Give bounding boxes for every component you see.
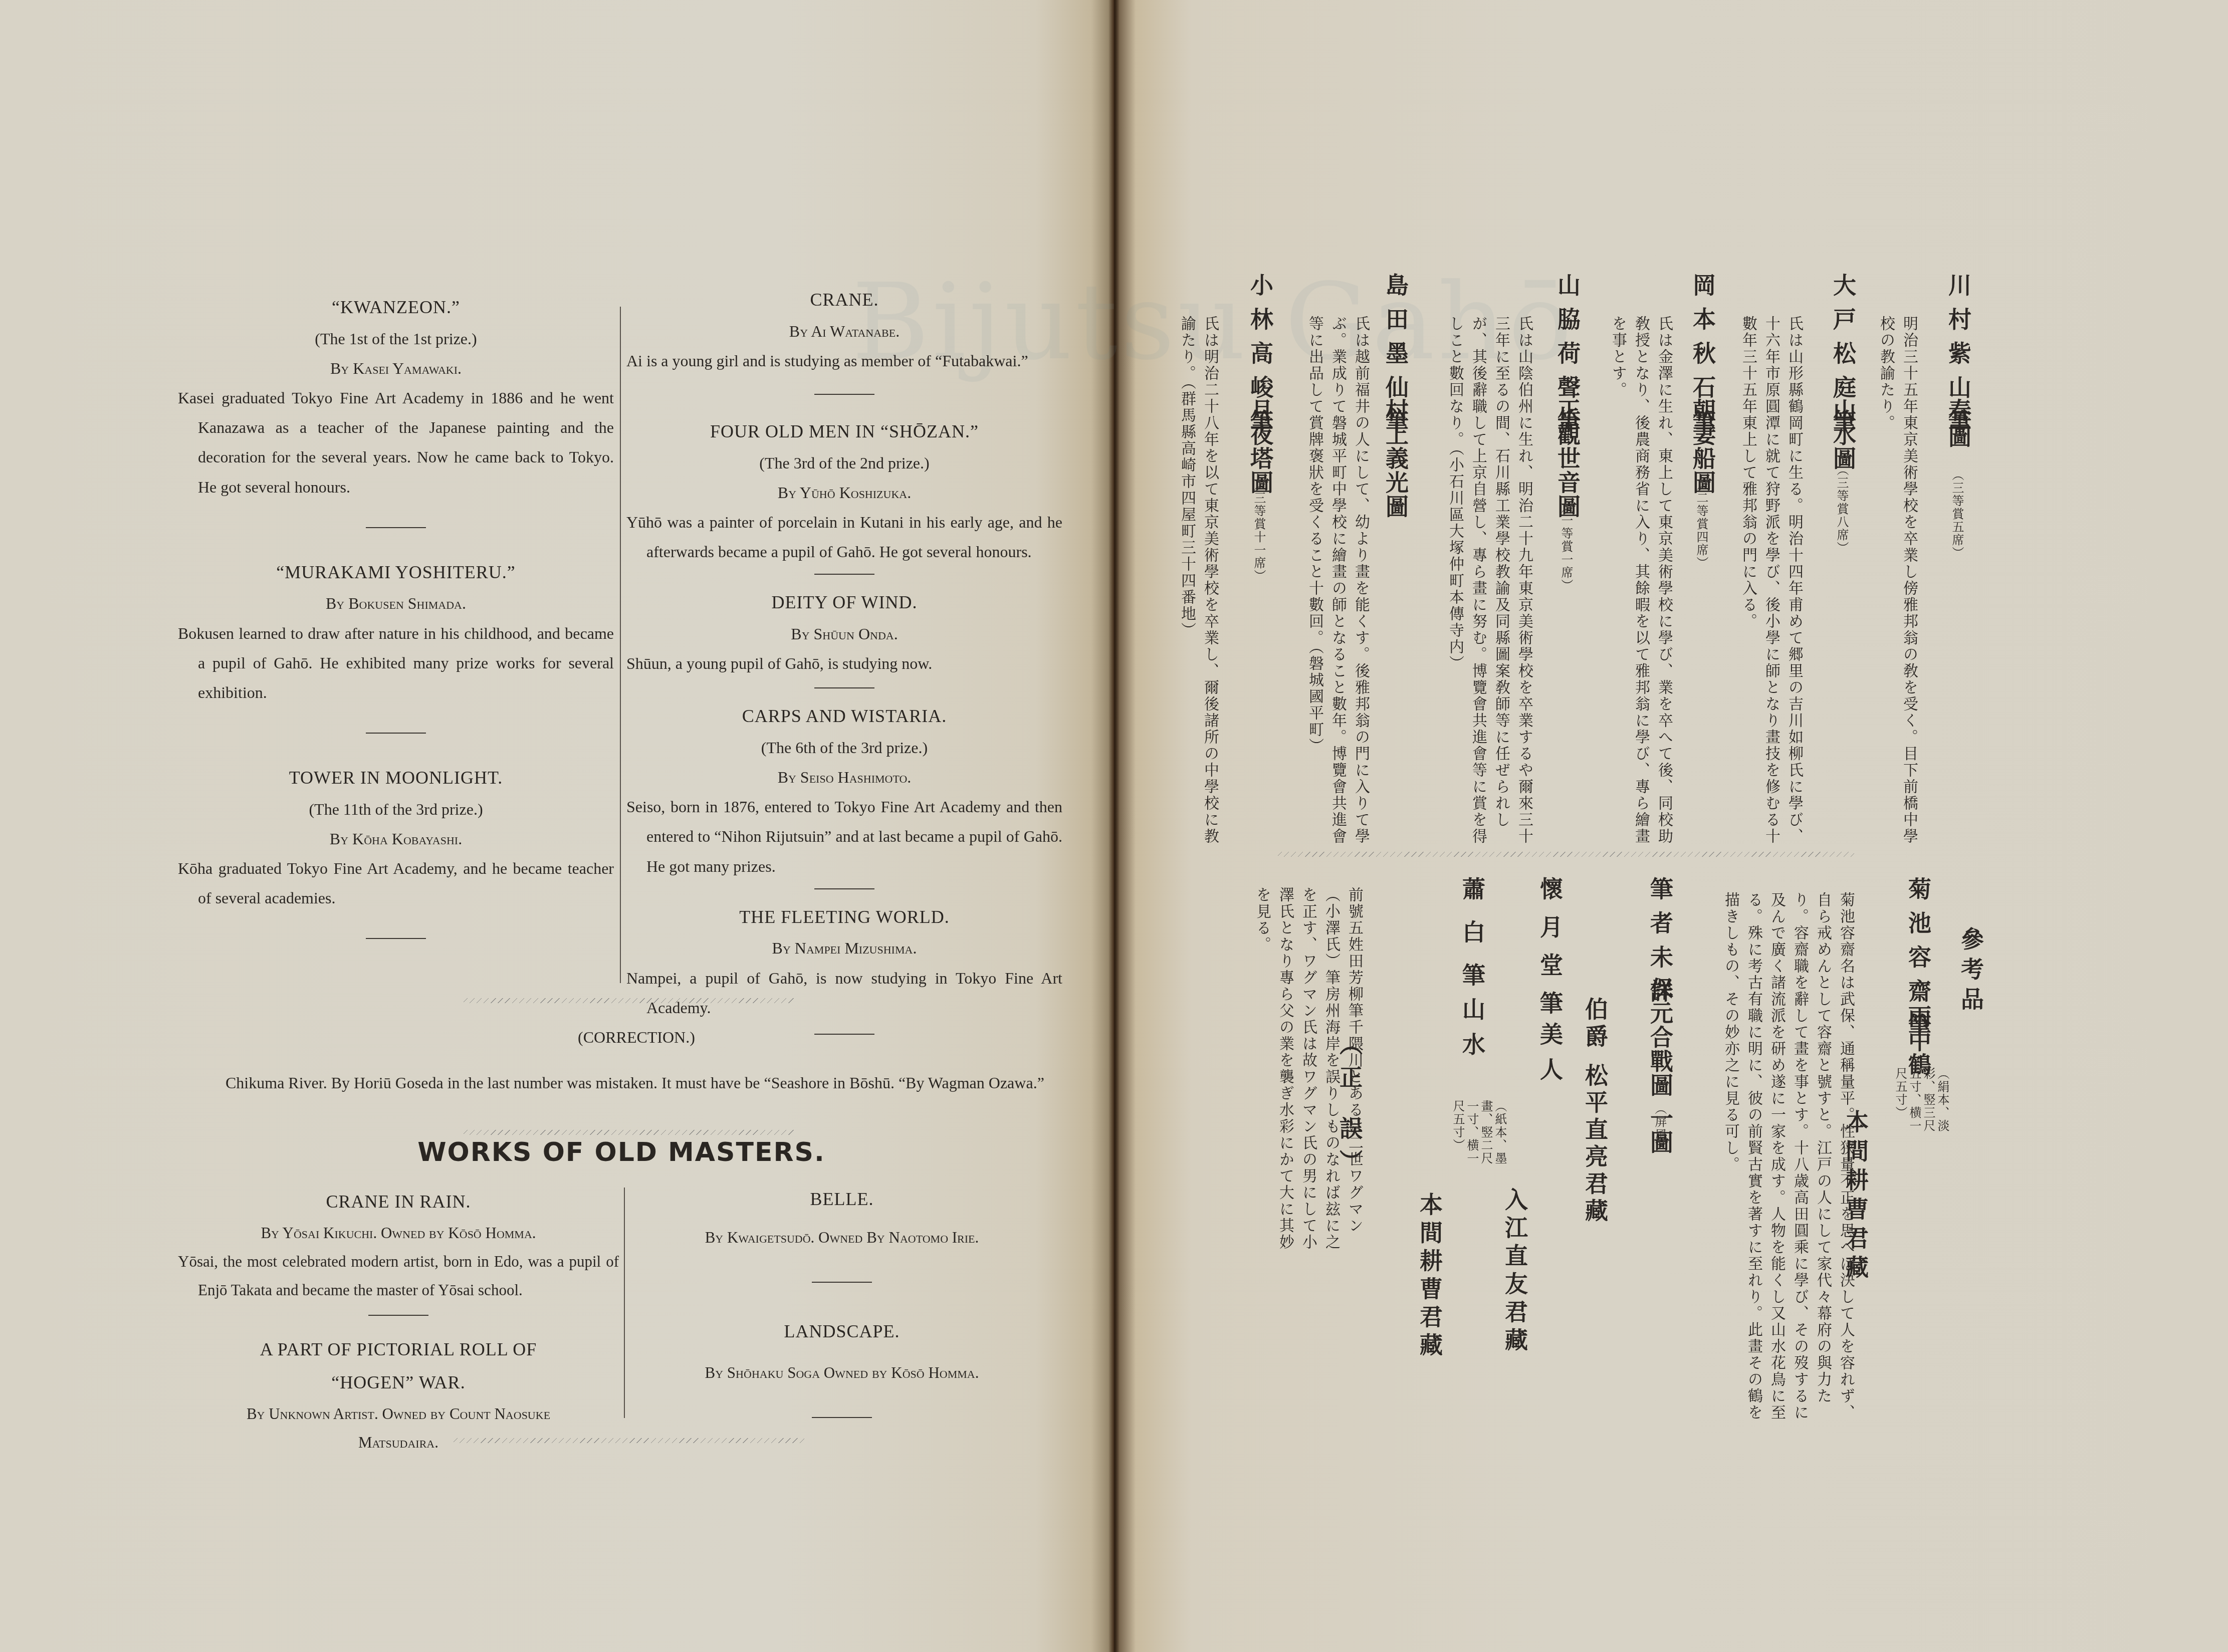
jp-size-note: （紙本、墨畫、竪二尺一寸、横一尺五寸）	[1451, 1100, 1507, 1165]
entry-kwanzeon: “KWANZEON.” (The 1st of the 1st prize.) …	[178, 291, 614, 502]
entry-carps-and-wistaria: CARPS AND WISTARIA. (The 6th of the 3rd …	[626, 699, 1062, 881]
entry-prize: (The 6th of the 3rd prize.)	[626, 733, 1062, 763]
entry-artist: By Kasei Yamawaki.	[178, 354, 614, 383]
jp-owner: 伯爵 松平直亮君藏	[1579, 997, 1612, 1226]
jp-work-title: 正觀世音圖	[1551, 398, 1584, 519]
entry-title: BELLE.	[626, 1183, 1057, 1216]
jp-entry-body: 氏は明治二十八年を以て東京美術學校を卒業し、爾後諸所の中學校に教諭たり。（群馬縣…	[1175, 316, 1221, 857]
entry-artist: By Kōha Kobayashi.	[178, 824, 614, 854]
entry-deity-of-wind: DEITY OF WIND. By Shūun Onda. Shūun, a y…	[626, 586, 1062, 678]
entry-artist: By Kwaigetsudō. Owned By Naotomo Irie.	[626, 1223, 1057, 1252]
section-rule	[814, 888, 874, 889]
old-masters-heading: WORKS OF OLD MASTERS.	[178, 1137, 1065, 1167]
entry-title: FOUR OLD MEN IN “SHŌZAN.”	[626, 415, 1062, 448]
entry-title: DEITY OF WIND.	[626, 586, 1062, 619]
section-rule	[366, 938, 426, 939]
book-gutter	[1108, 0, 1120, 1652]
jp-prize-note: （三等賞十一席）	[1250, 479, 1268, 583]
section-rule	[366, 733, 426, 734]
entry-murakami-yoshiteru: “MURAKAMI YOSHITERU.” By Bokusen Shimada…	[178, 556, 614, 707]
entry-artist: By Yōsai Kikuchi. Owned by Kōsō Homma.	[178, 1219, 619, 1247]
section-rule	[368, 1315, 428, 1316]
jp-size-note: （絹本、淡彩、竪三尺五寸、横一尺五寸）	[1893, 1067, 1949, 1142]
jp-work-title: 山水圖	[1827, 398, 1860, 470]
jp-work-title: 雨中鶴	[1902, 1005, 1935, 1077]
entry-artist: By Ai Watanabe.	[626, 317, 1062, 346]
entry-body: Shūun, a young pupil of Gahō, is studyin…	[626, 649, 1062, 678]
entry-body: Bokusen learned to draw after nature in …	[178, 619, 614, 708]
entry-body: Kasei graduated Tokyo Fine Art Academy i…	[178, 383, 614, 502]
jp-entry-body: 氏は越前福井の人にして、幼より畫を能くす。後雅邦翁の門に入りて學ぶ。業成りて磐城…	[1303, 316, 1372, 857]
entry-artist: By Unknown Artist. Owned by Count Naosuk…	[178, 1399, 619, 1457]
old-masters-column-a: CRANE IN RAIN. By Yōsai Kikuchi. Owned b…	[178, 1185, 619, 1457]
section-rule	[812, 1282, 872, 1283]
jp-prize-note: （二等賞四席）	[1693, 479, 1710, 570]
jp-entry-body: 氏は山陰伯州に生れ、明治二十九年東京美術學校を卒業するや爾來三十三年に至るの間、…	[1443, 316, 1535, 857]
section-rule	[814, 394, 874, 395]
jp-work-title: 村上義光圖	[1379, 398, 1412, 519]
entry-artist: By Nampei Mizushima.	[626, 933, 1062, 963]
jp-work-title: 春圖	[1942, 398, 1975, 450]
wavy-rule	[1278, 852, 1854, 857]
correction-body: Chikuma River. By Horiū Goseda in the la…	[210, 1068, 1062, 1098]
jp-artist-heading: 懷月堂筆	[1533, 877, 1567, 1029]
entry-title: LANDSCAPE.	[626, 1315, 1057, 1348]
entry-crane-in-rain: CRANE IN RAIN. By Yōsai Kikuchi. Owned b…	[178, 1185, 619, 1305]
correction-section: (CORRECTION.) Chikuma River. By Horiū Go…	[210, 1022, 1062, 1098]
column-divider	[624, 1188, 625, 1418]
jp-entry-body: 氏は山形縣鶴岡町に生る。明治十四年甫めて郷里の吉川如柳氏に學び、十六年市原圓潭に…	[1736, 316, 1806, 857]
section-rule	[366, 527, 426, 528]
english-column-a: “KWANZEON.” (The 1st of the 1st prize.) …	[178, 291, 614, 967]
entry-title: “KWANZEON.”	[178, 291, 614, 324]
entry-prize: (The 3rd of the 2nd prize.)	[626, 448, 1062, 478]
jp-owner: 本間耕曹君藏	[1413, 1193, 1446, 1361]
section-rule	[812, 1417, 872, 1418]
entry-body: Ai is a young girl and is studying as me…	[626, 346, 1062, 376]
section-rule	[814, 687, 874, 688]
column-divider	[620, 307, 621, 983]
entry-title: CARPS AND WISTARIA.	[626, 699, 1062, 733]
entry-artist: By Seiso Hashimoto.	[626, 763, 1062, 792]
entry-artist: By Yūhō Koshizuka.	[626, 478, 1062, 508]
wavy-rule	[464, 998, 794, 1003]
jp-prize-note: （一等賞一席）	[1557, 501, 1575, 592]
correction-heading: (CORRECTION.)	[210, 1022, 1062, 1053]
entry-body: Seiso, born in 1876, entered to Tokyo Fi…	[626, 792, 1062, 881]
entry-body: Kōha graduated Tokyo Fine Art Academy, a…	[178, 854, 614, 913]
entry-title: CRANE.	[626, 283, 1062, 317]
entry-prize: (The 11th of the 3rd prize.)	[178, 795, 614, 824]
reference-heading: 參考品	[1954, 927, 1987, 1017]
entry-crane: CRANE. By Ai Watanabe. Ai is a young gir…	[626, 283, 1062, 376]
jp-entry-body: 菊池容齋名は武保、通稱量平。性狭量不正を思へば決して人を容れず、自ら戒めんとして…	[1719, 892, 1857, 1433]
entry-title: “MURAKAMI YOSHITERU.”	[178, 556, 614, 589]
entry-prize: (The 1st of the 1st prize.)	[178, 324, 614, 354]
entry-title: THE FLEETING WORLD.	[626, 900, 1062, 934]
jp-entry-body: 明治三十五年東京美術學校を卒業し傍雅邦翁の敎を受く。目下前橋中學校の教諭たり。	[1874, 316, 1920, 857]
entry-tower-in-moonlight: TOWER IN MOONLIGHT. (The 11th of the 3rd…	[178, 761, 614, 913]
entry-landscape: LANDSCAPE. By Shōhaku Soga Owned by Kōsō…	[626, 1315, 1057, 1387]
entry-artist: By Bokusen Shimada.	[178, 589, 614, 618]
old-masters-column-b: BELLE. By Kwaigetsudō. Owned By Naotomo …	[626, 1183, 1057, 1418]
entry-title: TOWER IN MOONLIGHT.	[178, 761, 614, 795]
jp-work-title: 山水	[1456, 997, 1489, 1067]
entry-artist: By Shōhaku Soga Owned by Kōsō Homma.	[626, 1358, 1057, 1387]
jp-artist-heading: 蕭白筆	[1456, 877, 1489, 1006]
wavy-rule	[454, 1438, 804, 1443]
entry-body: Nampei, a pupil of Gahō, is now studying…	[626, 964, 1062, 1023]
entry-belle: BELLE. By Kwaigetsudō. Owned By Naotomo …	[626, 1183, 1057, 1252]
jp-format-note: （屏風）	[1651, 1102, 1669, 1154]
entry-body: Yūhō was a painter of porcelain in Kutan…	[626, 508, 1062, 567]
jp-prize-note: （三等賞五席）	[1948, 468, 1966, 560]
jp-work-title: 美人	[1533, 1022, 1567, 1092]
jp-prize-note: （三等賞八席）	[1833, 463, 1851, 555]
entry-title: A PART OF PICTORIAL ROLL OF “HOGEN” WAR.	[178, 1333, 619, 1399]
jp-entry-body: 氏は金澤に生れ、東上して東京美術學校に學び、業を卒へて後、同校助敎授となり、後農…	[1606, 316, 1675, 857]
section-rule	[814, 574, 874, 575]
entry-body: Yōsai, the most celebrated modern artist…	[178, 1247, 619, 1305]
entry-fleeting-world: THE FLEETING WORLD. By Nampei Mizushima.…	[626, 900, 1062, 1023]
wavy-rule	[464, 1130, 794, 1135]
entry-artist: By Shūun Onda.	[626, 619, 1062, 649]
jp-correction-body: 前號五姓田芳柳筆千隈川とあるは二世ワグマン（小澤氏）筆房州海岸を誤りしものなれば…	[1250, 887, 1366, 1263]
jp-owner: 入江直友君藏	[1498, 1188, 1531, 1356]
english-column-b: CRANE. By Ai Watanabe. Ai is a young gir…	[626, 283, 1062, 1035]
entry-title: CRANE IN RAIN.	[178, 1185, 619, 1219]
entry-four-old-men: FOUR OLD MEN IN “SHŌZAN.” (The 3rd of th…	[626, 415, 1062, 567]
